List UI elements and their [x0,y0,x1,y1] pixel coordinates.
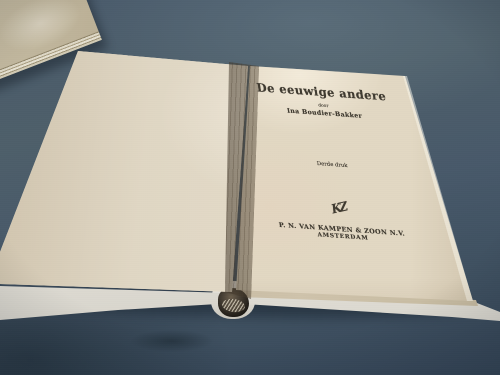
book-photograph: De eeuwige andere door Ina Boudier-Bakke… [0,0,500,375]
photo-grain [0,0,500,375]
